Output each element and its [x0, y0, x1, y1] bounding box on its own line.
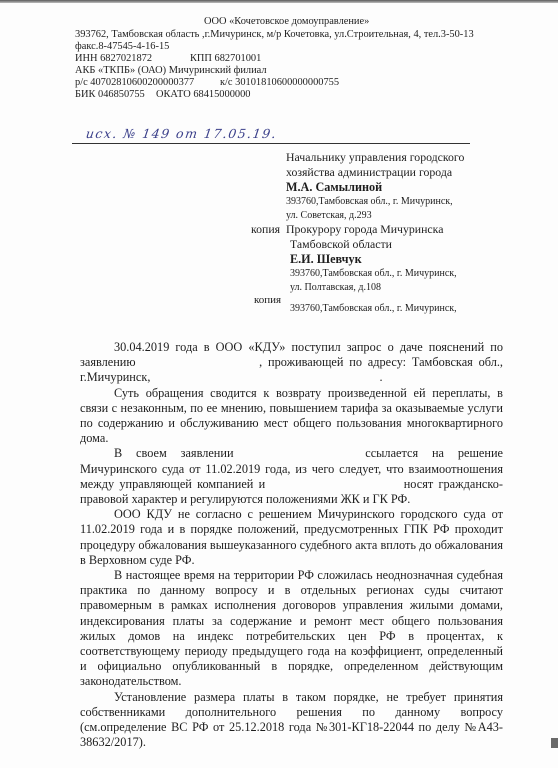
copy2-address1: 393760,Тамбовская обл., г. Мичуринск,: [290, 303, 457, 315]
copy1-title-line2: Тамбовской области: [290, 237, 392, 251]
organization-okato: ОКАТО 68415000000: [156, 89, 250, 101]
recipient-address2: ул. Советская, д.293: [286, 210, 372, 222]
copy2-prefix: копия: [254, 294, 281, 306]
letterhead-divider: [72, 143, 470, 144]
organization-address: 393762, Тамбовская область ,г.Мичуринск,…: [75, 29, 474, 41]
organization-inn: ИНН 6827021872: [75, 53, 152, 65]
recipient-title-line2: хозяйства администрации города: [286, 165, 452, 179]
paragraph-statement-part1: В своем заявлении: [114, 446, 234, 460]
paragraph-request-part3: .: [379, 370, 382, 384]
organization-fax: факс.8-47545-4-16-15: [75, 41, 169, 53]
organization-name: ООО «Кочетовское домоуправление»: [204, 16, 369, 28]
copy1-address2: ул. Полтавская, д.108: [290, 282, 381, 294]
copy1-prefix: копия: [251, 222, 280, 236]
copy1-address1: 393760,Тамбовская обл., г. Мичуринск,: [290, 268, 457, 280]
handwritten-outgoing-ref: исх. № 149 от 17.05.19.: [85, 126, 278, 141]
copy1-name: Е.И. Шевчук: [290, 252, 362, 266]
paragraph-court-practice: В настоящее время на территории РФ сложи…: [80, 568, 503, 690]
recipient-title-line1: Начальнику управления городского: [286, 150, 464, 164]
organization-account: р/с 40702810600200000377: [75, 77, 194, 89]
scan-edge: [0, 0, 558, 3]
organization-bik: БИК 046850755: [75, 89, 145, 101]
paragraph-appeal: ООО КДУ не согласно с решением Мичуринск…: [80, 507, 503, 568]
paragraph-fee-setting: Установление размера платы в таком поряд…: [80, 690, 503, 751]
scan-corner-mark: [551, 738, 558, 748]
paragraph-request-part2: , проживающей по адресу: Тамбовская обл.…: [80, 355, 503, 384]
paragraph-statement: В своем заявлении ссылается на решение М…: [80, 446, 503, 507]
organization-kpp: КПП 682701001: [190, 53, 261, 65]
recipient-name: М.А. Самылиной: [286, 180, 382, 194]
paragraph-request: 30.04.2019 года в ООО «КДУ» поступил зап…: [80, 340, 503, 386]
recipient-address1: 393760,Тамбовская обл., г. Мичуринск,: [286, 196, 453, 208]
paragraph-essence: Суть обращения сводится к возврату произ…: [80, 386, 503, 447]
organization-corr-account: к/с 30101810600000000755: [220, 77, 339, 89]
organization-bank: АКБ «ТКПБ» (ОАО) Мичуринский филиал: [75, 65, 267, 77]
letter-body: 30.04.2019 года в ООО «КДУ» поступил зап…: [80, 340, 503, 750]
copy1-title-line1: Прокурору города Мичуринска: [286, 222, 443, 236]
